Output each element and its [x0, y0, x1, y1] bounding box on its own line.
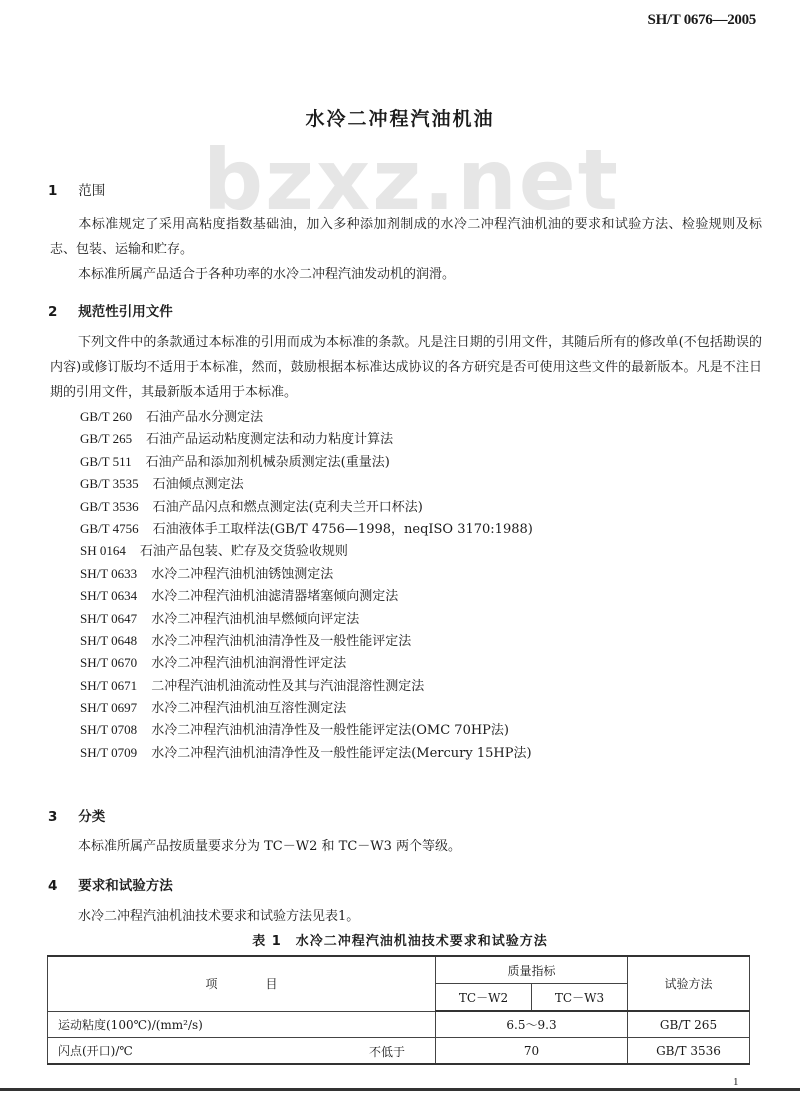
reference-title: 水冷二冲程汽油机油清净性及一般性能评定法(Mercury 15HP法)	[151, 746, 531, 761]
reference-item: GB/T 3535石油倾点测定法	[80, 473, 533, 495]
references-intro-paragraph: 下列文件中的条款通过本标准的引用而成为本标准的条款。凡是注日期的引用文件，其随后…	[50, 330, 762, 405]
reference-item: GB/T 4756石油液体手工取样法(GB/T 4756—1998，neqISO…	[80, 518, 533, 540]
table-header-row: 项 目 质量指标 试验方法	[48, 956, 750, 984]
header-quality: 质量指标	[436, 956, 628, 984]
reference-item: GB/T 3536石油产品闪点和燃点测定法(克利夫兰开口杯法)	[80, 496, 533, 518]
document-title: 水冷二冲程汽油机油	[0, 104, 800, 131]
section-label: 范围	[78, 183, 105, 199]
section-heading-classification: 3 分类	[48, 805, 105, 825]
page-number: 1	[733, 1076, 739, 1088]
reference-code: SH/T 0709	[80, 742, 137, 764]
section-number: 4	[48, 878, 74, 894]
reference-code: GB/T 511	[80, 451, 132, 473]
reference-title: 石油产品水分测定法	[146, 410, 263, 425]
reference-code: SH/T 0708	[80, 719, 137, 741]
reference-item: GB/T 511石油产品和添加剂机械杂质测定法(重量法)	[80, 451, 533, 473]
reference-item: GB/T 265石油产品运动粘度测定法和动力粘度计算法	[80, 428, 533, 450]
document-code: SH/T 0676—2005	[648, 12, 756, 29]
reference-title: 水冷二冲程汽油机油滤清器堵塞倾向测定法	[151, 589, 398, 604]
reference-item: SH/T 0634水冷二冲程汽油机油滤清器堵塞倾向测定法	[80, 585, 533, 607]
row-item: 运动粘度(100℃)/(mm²/s)	[48, 1011, 436, 1038]
reference-code: SH 0164	[80, 540, 126, 562]
section-number: 2	[48, 304, 74, 320]
reference-item: SH 0164石油产品包装、贮存及交货验收规则	[80, 540, 533, 562]
reference-title: 石油产品闪点和燃点测定法(克利夫兰开口杯法)	[153, 500, 423, 515]
reference-list: GB/T 260石油产品水分测定法 GB/T 265石油产品运动粘度测定法和动力…	[80, 406, 533, 764]
row-value: 6.5～9.3	[436, 1011, 628, 1038]
reference-title: 石油产品和添加剂机械杂质测定法(重量法)	[146, 455, 390, 470]
reference-title: 水冷二冲程汽油机油早燃倾向评定法	[151, 612, 359, 627]
section-number: 1	[48, 183, 74, 199]
reference-item: SH/T 0670水冷二冲程汽油机油润滑性评定法	[80, 652, 533, 674]
reference-item: SH/T 0648水冷二冲程汽油机油清净性及一般性能评定法	[80, 630, 533, 652]
spec-table: 项 目 质量指标 试验方法 TC－W2 TC－W3 运动粘度(100℃)/(mm…	[47, 955, 750, 1065]
reference-code: SH/T 0633	[80, 563, 137, 585]
reference-title: 水冷二冲程汽油机油互溶性测定法	[151, 701, 346, 716]
reference-item: SH/T 0708水冷二冲程汽油机油清净性及一般性能评定法(OMC 70HP法)	[80, 719, 533, 741]
section-number: 3	[48, 809, 74, 825]
scope-paragraph-2: 本标准所属产品适合于各种功率的水冷二冲程汽油发动机的润滑。	[50, 262, 762, 287]
reference-title: 石油液体手工取样法(GB/T 4756—1998，neqISO 3170:198…	[153, 522, 533, 537]
table-caption: 表 1 水冷二冲程汽油机油技术要求和试验方法	[0, 930, 800, 949]
requirements-paragraph: 水冷二冲程汽油机油技术要求和试验方法见表1。	[50, 904, 762, 929]
row-item: 闪点(开口)/℃ 不低于	[48, 1038, 436, 1065]
classification-paragraph: 本标准所属产品按质量要求分为 TC－W2 和 TC－W3 两个等级。	[50, 834, 762, 859]
reference-code: SH/T 0634	[80, 585, 137, 607]
row-qualifier: 不低于	[369, 1043, 405, 1060]
section-label: 分类	[78, 809, 105, 825]
reference-item: SH/T 0633水冷二冲程汽油机油锈蚀测定法	[80, 563, 533, 585]
reference-item: SH/T 0671二冲程汽油机油流动性及其与汽油混溶性测定法	[80, 675, 533, 697]
reference-item: GB/T 260石油产品水分测定法	[80, 406, 533, 428]
header-tc-w3: TC－W3	[532, 984, 628, 1012]
header-tc-w2: TC－W2	[436, 984, 532, 1012]
row-method: GB/T 265	[628, 1011, 750, 1038]
reference-title: 水冷二冲程汽油机油清净性及一般性能评定法	[151, 634, 411, 649]
section-label: 要求和试验方法	[78, 878, 173, 894]
reference-item: SH/T 0709水冷二冲程汽油机油清净性及一般性能评定法(Mercury 15…	[80, 742, 533, 764]
reference-title: 二冲程汽油机油流动性及其与汽油混溶性测定法	[151, 679, 424, 694]
section-heading-scope: 1 范围	[48, 179, 105, 199]
reference-title: 石油产品运动粘度测定法和动力粘度计算法	[146, 432, 393, 447]
reference-code: SH/T 0648	[80, 630, 137, 652]
section-label: 规范性引用文件	[78, 304, 173, 320]
reference-code: GB/T 3535	[80, 473, 139, 495]
reference-item: SH/T 0647水冷二冲程汽油机油早燃倾向评定法	[80, 608, 533, 630]
row-value: 70	[436, 1038, 628, 1065]
reference-title: 水冷二冲程汽油机油锈蚀测定法	[151, 567, 333, 582]
reference-code: SH/T 0670	[80, 652, 137, 674]
table-row: 闪点(开口)/℃ 不低于 70 GB/T 3536	[48, 1038, 750, 1065]
watermark: bzxz.net	[203, 138, 620, 222]
section-heading-normative-references: 2 规范性引用文件	[48, 300, 173, 320]
reference-title: 水冷二冲程汽油机油清净性及一般性能评定法(OMC 70HP法)	[151, 723, 509, 738]
header-method: 试验方法	[628, 956, 750, 1011]
table-row: 运动粘度(100℃)/(mm²/s) 6.5～9.3 GB/T 265	[48, 1011, 750, 1038]
reference-code: GB/T 4756	[80, 518, 139, 540]
header-item: 项 目	[48, 956, 436, 1011]
reference-item: SH/T 0697水冷二冲程汽油机油互溶性测定法	[80, 697, 533, 719]
section-heading-requirements: 4 要求和试验方法	[48, 874, 173, 894]
footer-rule	[0, 1088, 800, 1091]
reference-code: SH/T 0697	[80, 697, 137, 719]
reference-code: GB/T 3536	[80, 496, 139, 518]
reference-code: SH/T 0647	[80, 608, 137, 630]
reference-title: 石油产品包装、贮存及交货验收规则	[140, 544, 348, 559]
scope-paragraph-1: 本标准规定了采用高粘度指数基础油，加入多种添加剂制成的水冷二冲程汽油机油的要求和…	[50, 212, 762, 262]
reference-code: GB/T 260	[80, 406, 132, 428]
reference-title: 石油倾点测定法	[153, 477, 244, 492]
row-method: GB/T 3536	[628, 1038, 750, 1065]
reference-code: GB/T 265	[80, 428, 132, 450]
reference-title: 水冷二冲程汽油机油润滑性评定法	[151, 656, 346, 671]
reference-code: SH/T 0671	[80, 675, 137, 697]
